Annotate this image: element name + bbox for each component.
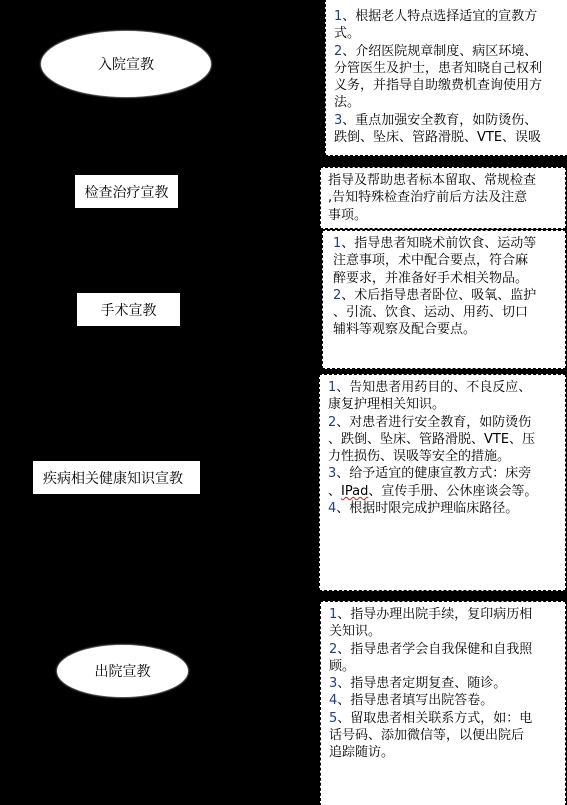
detail-line: 话号码、添加微信等，以便出院后: [329, 727, 559, 744]
stage-label-admission: 入院宣教: [98, 54, 154, 74]
detail-line: 3、给予适宜的健康宣教方式：床旁: [328, 465, 559, 482]
detail-line: 4、指导患者填写出院答卷。: [329, 692, 559, 709]
detail-line: 指导及帮助患者标本留取、常规检查: [328, 172, 559, 189]
stage-label-examination: 检查治疗宣教: [85, 182, 169, 202]
stage-details-disease-knowledge: 1、告知患者用药目的、不良反应、 康复护理相关知识。 2、对患者进行安全教育，如…: [319, 374, 566, 591]
stage-node-discharge: 出院宣教: [57, 645, 188, 697]
detail-line: 1、告知患者用药目的、不良反应、: [328, 379, 559, 396]
detail-line: 、跌倒、坠床、管路滑脱、VTE、压: [328, 431, 559, 448]
stage-details-surgery: 1、指导患者知晓术前饮食、运动等 注意事项，术中配合要点，符合麻 醉要求，并准备…: [322, 230, 566, 369]
stage-node-surgery: 手术宣教: [77, 293, 180, 326]
detail-line: 2、指导患者学会自我保健和自我照: [329, 641, 559, 658]
detail-line: 3、重点加强安全教育，如防烫伤、: [334, 112, 561, 129]
detail-line: 5、留取患者相关联系方式，如：电: [329, 710, 559, 727]
detail-line: 3、指导患者定期复查、随诊。: [329, 675, 559, 692]
detail-line: 分管医生及护士，患者知晓自己权利: [334, 60, 561, 77]
stage-details-admission: 1、根据老人特点选择适宜的宣教方 式。 2、介绍医院规章制度、病区环境、 分管医…: [325, 0, 567, 156]
stage-node-admission: 入院宣教: [41, 31, 211, 97]
detail-line: 2、对患者进行安全教育，如防烫伤: [328, 414, 559, 431]
detail-line: 2、术后指导患者卧位、吸氧、监护: [333, 287, 559, 304]
detail-line: 法。: [334, 94, 561, 111]
detail-line: ,告知特殊检查治疗前后方法及注意: [328, 189, 559, 206]
detail-line: 1、根据老人特点选择适宜的宣教方: [334, 8, 561, 25]
detail-line: 力性损伤、误吸等安全的措施。: [328, 448, 559, 465]
detail-line: 2、介绍医院规章制度、病区环境、: [334, 43, 561, 60]
detail-line: 事项。: [328, 207, 559, 224]
stage-details-examination: 指导及帮助患者标本留取、常规检查 ,告知特殊检查治疗前后方法及注意 事项。: [320, 167, 566, 229]
detail-line: 辅料等观察及配合要点。: [333, 321, 559, 338]
stage-label-discharge: 出院宣教: [95, 661, 151, 681]
detail-line: 1、指导患者知晓术前饮食、运动等: [333, 235, 559, 252]
detail-line: 、IPad、宣传手册、公休座谈会等。: [328, 483, 559, 500]
stage-details-discharge: 1、指导办理出院手续，复印病历相 关知识。 2、指导患者学会自我保健和自我照 顾…: [320, 601, 566, 805]
detail-line: 式。: [334, 25, 561, 42]
detail-line: 关知识。: [329, 623, 559, 640]
stage-label-surgery: 手术宣教: [101, 300, 157, 320]
detail-line: 4、根据时限完成护理临床路径。: [328, 500, 559, 517]
detail-line: 顾。: [329, 658, 559, 675]
stage-label-disease-knowledge: 疾病相关健康知识宣教: [43, 468, 183, 488]
detail-line: 追踪随访。: [329, 744, 559, 761]
detail-line: 注意事项，术中配合要点，符合麻: [333, 252, 559, 269]
detail-line: 跌倒、坠床、管路滑脱、VTE、误吸: [334, 129, 561, 146]
detail-line: 1、指导办理出院手续，复印病历相: [329, 606, 559, 623]
stage-node-examination: 检查治疗宣教: [75, 175, 178, 208]
detail-line: 醉要求，并准备好手术相关物品。: [333, 270, 559, 287]
detail-line: 康复护理相关知识。: [328, 396, 559, 413]
detail-line: 义务，并指导自助缴费机查询使用方: [334, 77, 561, 94]
detail-line: 、引流、饮食、运动、用药、切口: [333, 304, 559, 321]
stage-node-disease-knowledge: 疾病相关健康知识宣教: [33, 461, 200, 494]
